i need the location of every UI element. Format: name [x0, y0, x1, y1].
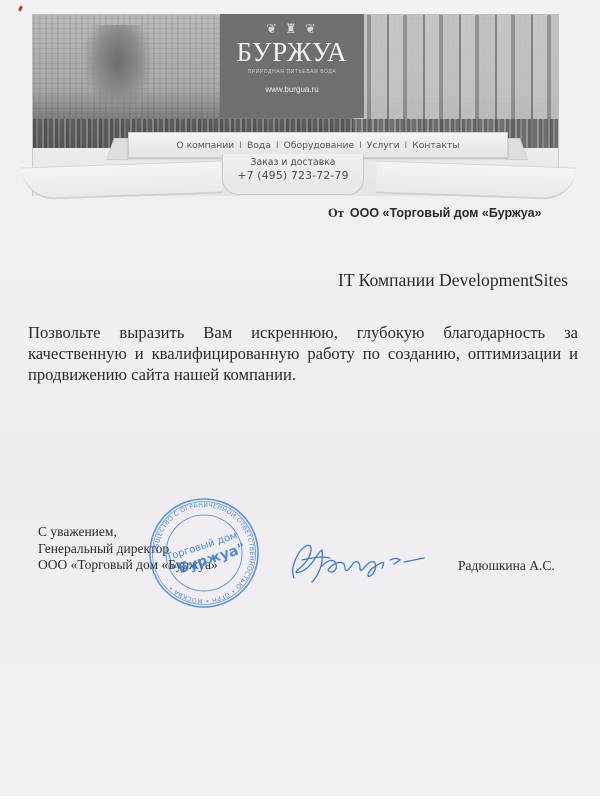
closing-position: Генеральный директор: [38, 541, 218, 558]
nav-item-about: О компании: [176, 140, 234, 151]
nav-item-contacts: Контакты: [412, 140, 459, 151]
nav-separator: I: [276, 140, 279, 151]
closing-company: ООО «Торговый дом «Буржуа»: [38, 557, 218, 574]
recipient: IT Компании DevelopmentSites: [338, 270, 568, 291]
order-label: Заказ и доставка: [223, 157, 363, 168]
sender-line: ОтООО «Торговый дом «Буржуа»: [328, 206, 542, 221]
ornament-icon: ❦ ♜ ❦: [220, 22, 364, 37]
ribbon-swoosh-left: [21, 161, 222, 201]
nav-item-equipment: Оборудование: [284, 140, 354, 151]
signature-icon: [282, 530, 432, 590]
sender-company: ООО «Торговый дом «Буржуа»: [350, 206, 542, 220]
order-phone: +7 (495) 723-72-79: [223, 169, 363, 182]
ribbon-swoosh-right: [375, 161, 576, 201]
page-edge: [0, 796, 600, 800]
closing-regards: С уважением,: [38, 524, 218, 541]
nav-item-water: Вода: [247, 140, 271, 151]
brand-logo: ❦ ♜ ❦ БУРЖУА ПРИРОДНАЯ ПИТЬЕВАЯ ВОДА www…: [220, 14, 364, 118]
nav-separator: I: [405, 140, 408, 151]
order-plate: Заказ и доставка +7 (495) 723-72-79: [222, 154, 364, 195]
nav-item-services: Услуги: [367, 140, 400, 151]
brand-url: www.burgua.ru: [220, 85, 364, 94]
letter-body: Позвольте выразить Вам искреннюю, глубок…: [28, 322, 578, 385]
closing-block: С уважением, Генеральный директор ООО «Т…: [38, 524, 218, 574]
letterhead: ❦ ♜ ❦ БУРЖУА ПРИРОДНАЯ ПИТЬЕВАЯ ВОДА www…: [28, 14, 568, 214]
nav-separator: I: [239, 140, 242, 151]
sender-prefix: От: [328, 206, 344, 220]
brand-title: БУРЖУА: [220, 37, 364, 67]
signer-name: Радюшкина А.С.: [458, 558, 555, 574]
brand-subtitle: ПРИРОДНАЯ ПИТЬЕВАЯ ВОДА: [220, 69, 364, 75]
fountain-illustration: [83, 25, 153, 115]
letter-page: ❦ ♜ ❦ БУРЖУА ПРИРОДНАЯ ПИТЬЕВАЯ ВОДА www…: [0, 0, 600, 800]
scan-mark: [18, 6, 23, 12]
nav-separator: I: [359, 140, 362, 151]
